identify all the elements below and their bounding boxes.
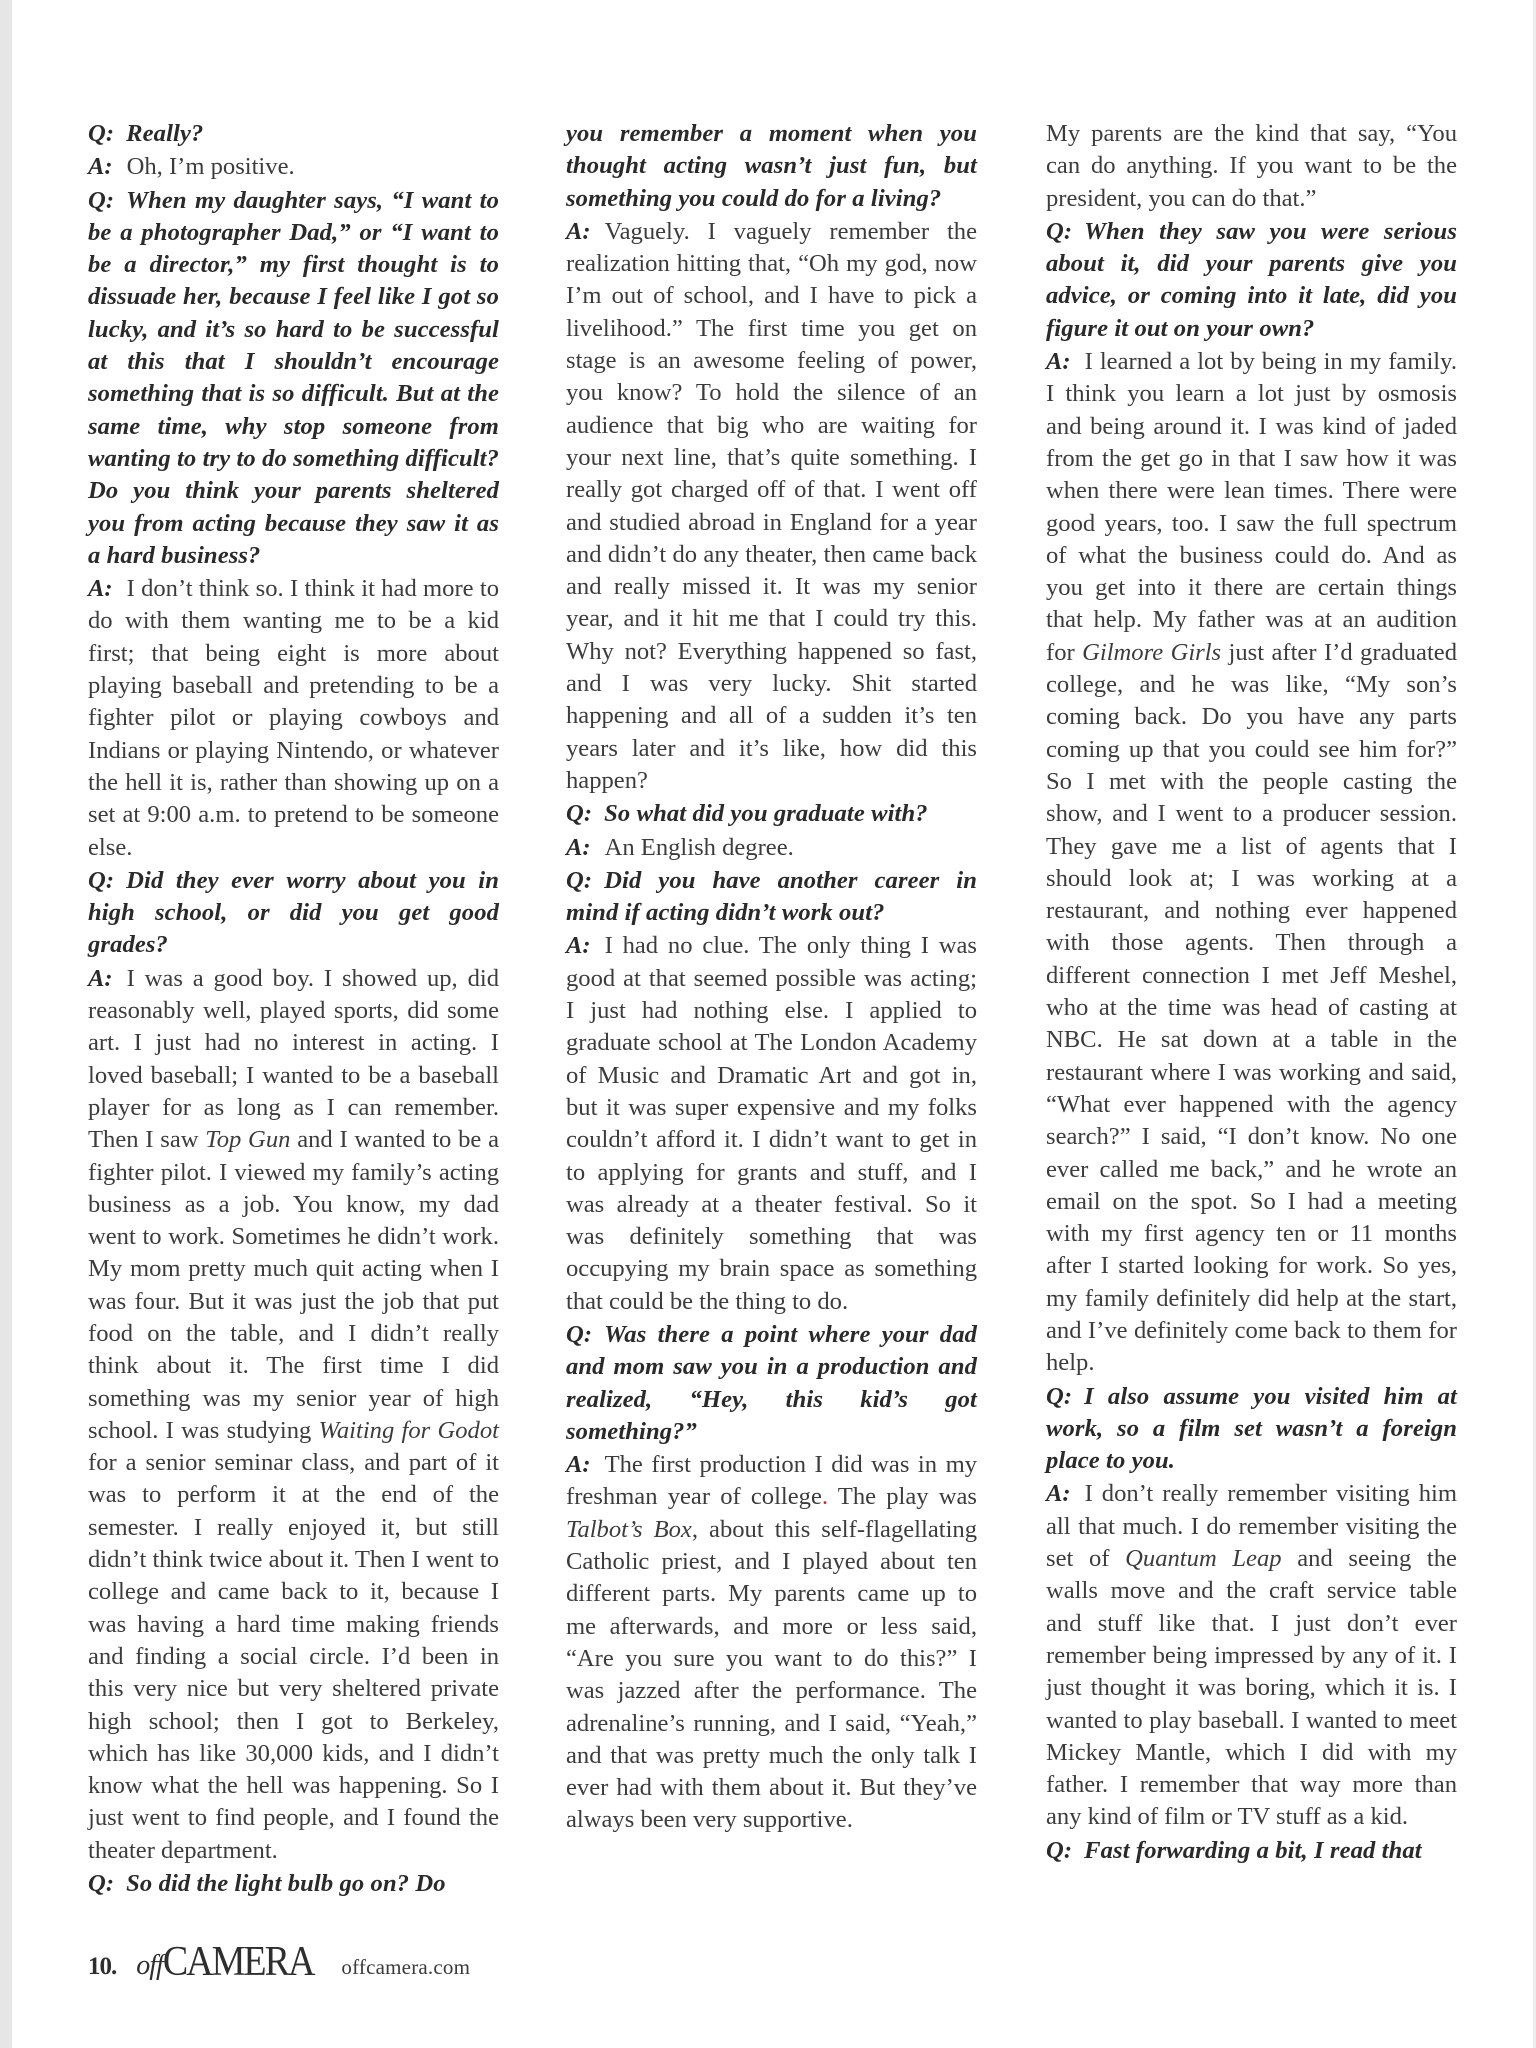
question-text: you remember a moment when you thought a…	[566, 120, 977, 212]
interview-question: you remember a moment when you thought a…	[566, 118, 977, 215]
question-text: So did the light bulb go on? Do	[126, 1870, 445, 1897]
answer-label: A:	[88, 965, 113, 992]
magazine-page: Q:Really?A:Oh, I’m positive.Q:When my da…	[0, 0, 1536, 2048]
question-label: Q:	[88, 120, 114, 147]
text-column-3: My parents are the kind that say, “You c…	[1046, 118, 1457, 1867]
answer-text: Oh, I’m positive.	[127, 153, 295, 180]
interview-question: Q:Fast forwarding a bit, I read that	[1046, 1835, 1457, 1867]
text-column-2: you remember a moment when you thought a…	[566, 118, 977, 1837]
interview-answer: A:I learned a lot by being in my family.…	[1046, 346, 1457, 1380]
interview-question: Q:Did they ever worry about you in high …	[88, 865, 499, 962]
answer-text: I don’t think so. I think it had more to…	[88, 575, 499, 860]
interview-answer: A:I don’t think so. I think it had more …	[88, 573, 499, 864]
interview-question: Q:When my daughter says, “I want to be a…	[88, 185, 499, 573]
answer-label: A:	[566, 834, 591, 861]
answer-text: My parents are the kind that say, “You c…	[1046, 120, 1457, 212]
title-reference: Talbot’s Box	[566, 1516, 692, 1543]
interview-question: Q:Did you have another career in mind if…	[566, 865, 977, 930]
question-label: Q:	[566, 800, 592, 827]
answer-label: A:	[88, 153, 113, 180]
answer-label: A:	[566, 1451, 591, 1478]
interview-question: Q:So did the light bulb go on? Do	[88, 1868, 499, 1900]
logo-prefix: off	[136, 1950, 163, 1982]
answer-text: I had no clue. The only thing I was good…	[566, 932, 977, 1314]
interview-question: Q:Really?	[88, 118, 499, 150]
logo-wordmark: CAMERA	[163, 1938, 314, 1986]
question-text: When they saw you were serious about it,…	[1046, 218, 1457, 342]
interview-answer: A:An English degree.	[566, 832, 977, 864]
text-column-1: Q:Really?A:Oh, I’m positive.Q:When my da…	[88, 118, 499, 1900]
interview-question: Q:When they saw you were serious about i…	[1046, 216, 1457, 345]
answer-label: A:	[566, 218, 591, 245]
title-reference: Top Gun	[205, 1126, 290, 1153]
answer-text: and I wanted to be a fighter pilot. I vi…	[88, 1126, 499, 1444]
question-label: Q:	[88, 867, 114, 894]
title-reference: Waiting for Godot	[319, 1417, 499, 1444]
answer-label: A:	[88, 575, 113, 602]
question-text: I also assume you visited him at work, s…	[1046, 1383, 1457, 1475]
interview-question: Q:I also assume you visited him at work,…	[1046, 1381, 1457, 1478]
question-text: So what did you graduate with?	[604, 800, 927, 827]
answer-text: and seeing the walls move and the craft …	[1046, 1545, 1457, 1830]
answer-text: I was a good boy. I showed up, did reaso…	[88, 965, 499, 1153]
question-label: Q:	[566, 1321, 592, 1348]
question-label: Q:	[88, 187, 114, 214]
answer-text: An English degree.	[605, 834, 794, 861]
interview-question: Q:So what did you graduate with?	[566, 798, 977, 830]
interview-question: Q:Was there a point where your dad and m…	[566, 1319, 977, 1448]
page-number: 10.	[88, 1953, 116, 1981]
question-label: Q:	[1046, 1837, 1072, 1864]
answer-text: for a senior seminar class, and part of …	[88, 1449, 499, 1864]
site-url-link[interactable]: offcamera.com	[341, 1955, 470, 1980]
question-text: Was there a point where your dad and mom…	[566, 1321, 977, 1445]
answer-text: Vaguely. I vaguely remember the realizat…	[566, 218, 977, 794]
interview-answer: A:Vaguely. I vaguely remember the realiz…	[566, 216, 977, 797]
question-text: When my daughter says, “I want to be a p…	[88, 187, 499, 569]
answer-text: , about this self-flagellating Catholic …	[566, 1516, 977, 1834]
interview-answer: A:The first production I did was in my f…	[566, 1449, 977, 1837]
interview-answer: A:Oh, I’m positive.	[88, 151, 499, 183]
question-text: Did they ever worry about you in high sc…	[88, 867, 499, 959]
interview-answer: A:I don’t really remember visiting him a…	[1046, 1478, 1457, 1833]
answer-label: A:	[1046, 348, 1071, 375]
question-label: Q:	[88, 1870, 114, 1897]
answer-label: A:	[1046, 1480, 1071, 1507]
answer-text: just after I’d graduated college, and he…	[1046, 639, 1457, 1377]
title-reference: Quantum Leap	[1125, 1545, 1281, 1572]
question-label: Q:	[1046, 218, 1072, 245]
interview-answer: A:I was a good boy. I showed up, did rea…	[88, 963, 499, 1867]
answer-text: I learned a lot by being in my family. I…	[1046, 348, 1457, 666]
question-label: Q:	[566, 867, 592, 894]
interview-answer: A:I had no clue. The only thing I was go…	[566, 930, 977, 1318]
page-footer: 10. off CAMERA offcamera.com	[88, 1940, 470, 1984]
question-text: Did you have another career in mind if a…	[566, 867, 977, 926]
title-reference: Gilmore Girls	[1082, 639, 1221, 666]
question-text: Fast forwarding a bit, I read that	[1084, 1837, 1422, 1864]
answer-label: A:	[566, 932, 591, 959]
interview-answer: My parents are the kind that say, “You c…	[1046, 118, 1457, 215]
question-text: Really?	[126, 120, 203, 147]
answer-text: The play was	[828, 1483, 977, 1510]
question-label: Q:	[1046, 1383, 1072, 1410]
